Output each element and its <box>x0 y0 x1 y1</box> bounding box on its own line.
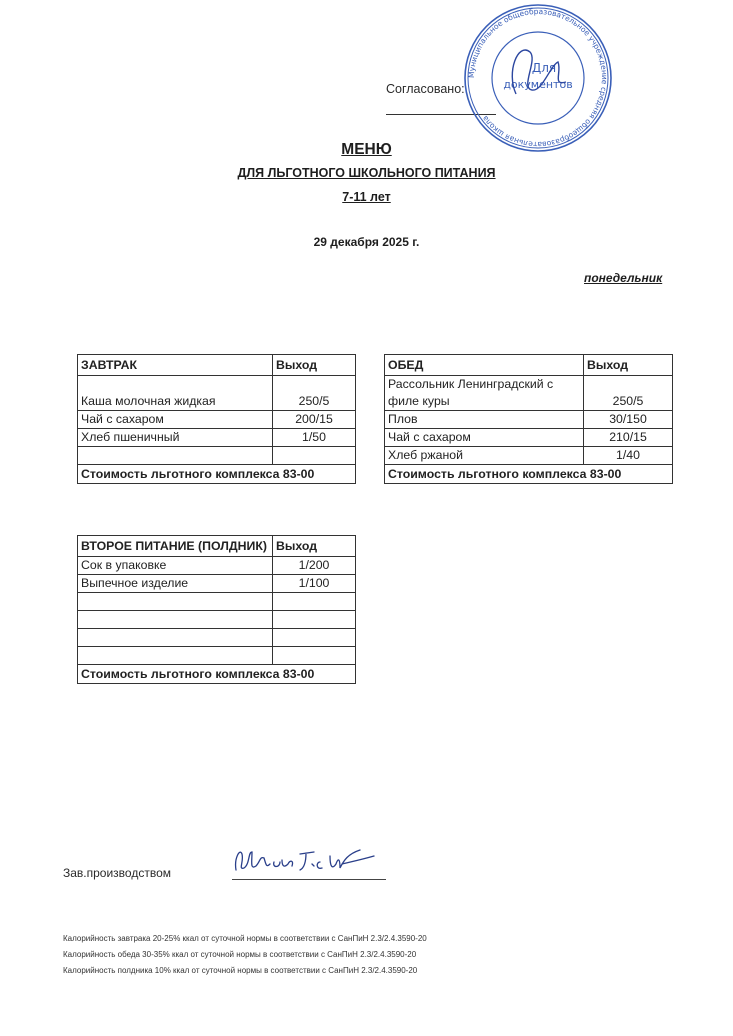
calorie-note-lunch: Калорийность обеда 30-35% ккал от суточн… <box>63 950 416 959</box>
table-row <box>78 647 356 665</box>
menu-date: 29 декабря 2025 г. <box>0 235 733 249</box>
calorie-note-snack: Калорийность полдника 10% ккал от суточн… <box>63 966 417 975</box>
table-row <box>78 629 356 647</box>
breakfast-total: Стоимость льготного комплекса 83-00 <box>78 465 356 484</box>
table-row: Чай с сахаром 210/15 <box>385 429 673 447</box>
approval-label: Согласовано: <box>386 82 465 96</box>
handwritten-signature-icon <box>230 840 390 880</box>
output-heading: Выход <box>584 355 673 376</box>
calorie-note-breakfast: Калорийность завтрака 20-25% ккал от сут… <box>63 934 427 943</box>
snack-table: ВТОРОЕ ПИТАНИЕ (ПОЛДНИК) Выход Сок в упа… <box>77 535 356 684</box>
page-title: МЕНЮ <box>0 141 733 159</box>
output-heading: Выход <box>273 355 356 376</box>
official-stamp-icon: Муниципальное общеобразовательное учрежд… <box>458 2 618 154</box>
table-row: Чай с сахаром 200/15 <box>78 411 356 429</box>
table-row: Каша молочная жидкая 250/5 <box>78 376 356 411</box>
table-row <box>78 611 356 629</box>
table-row <box>78 447 356 465</box>
table-row: Сок в упаковке 1/200 <box>78 557 356 575</box>
lunch-total: Стоимость льготного комплекса 83-00 <box>385 465 673 484</box>
table-row: Выпечное изделие 1/100 <box>78 575 356 593</box>
breakfast-heading: ЗАВТРАК <box>78 355 273 376</box>
page-subtitle: ДЛЯ ЛЬГОТНОГО ШКОЛЬНОГО ПИТАНИЯ <box>0 166 733 180</box>
table-row: Хлеб пшеничный 1/50 <box>78 429 356 447</box>
table-row: Рассольник Ленинградский с филе куры 250… <box>385 376 673 411</box>
lunch-table: ОБЕД Выход Рассольник Ленинградский с фи… <box>384 354 673 484</box>
table-row <box>78 593 356 611</box>
snack-total: Стоимость льготного комплекса 83-00 <box>78 665 356 684</box>
production-manager-label: Зав.производством <box>63 866 171 880</box>
weekday: понедельник <box>584 271 662 285</box>
table-row: Плов 30/150 <box>385 411 673 429</box>
breakfast-table: ЗАВТРАК Выход Каша молочная жидкая 250/5… <box>77 354 356 484</box>
lunch-heading: ОБЕД <box>385 355 584 376</box>
table-row: Хлеб ржаной 1/40 <box>385 447 673 465</box>
age-group: 7-11 лет <box>0 190 733 204</box>
output-heading: Выход <box>273 536 356 557</box>
snack-heading: ВТОРОЕ ПИТАНИЕ (ПОЛДНИК) <box>78 536 273 557</box>
